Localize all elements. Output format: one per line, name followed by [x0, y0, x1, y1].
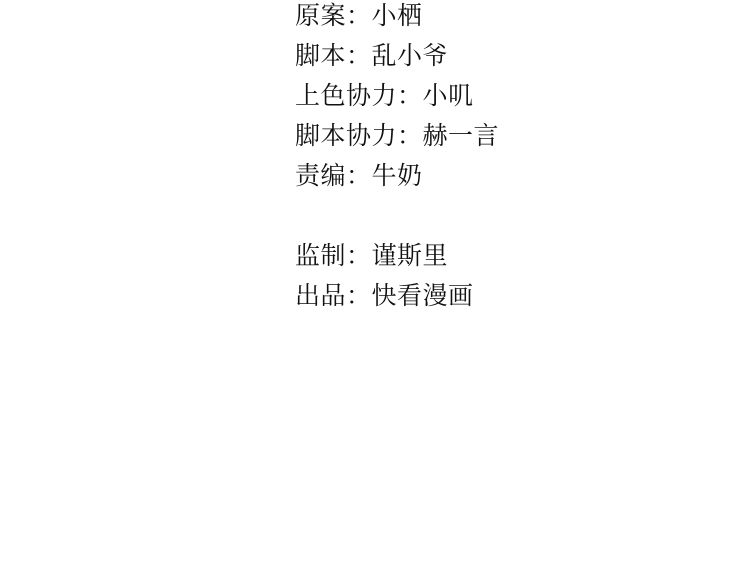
credit-line-script-assist: 脚本协力：赫一言 — [295, 116, 499, 156]
credit-line-supervisor: 监制：谨斯里 — [295, 236, 499, 276]
production-credits-group: 监制：谨斯里 出品：快看漫画 — [295, 236, 499, 316]
staff-credits-group: 原案：小栖 脚本：乱小爷 上色协力：小叽 脚本协力：赫一言 责编：牛奶 — [295, 0, 499, 196]
credit-line-script: 脚本：乱小爷 — [295, 36, 499, 76]
credit-line-editor: 责编：牛奶 — [295, 156, 499, 196]
credit-line-original-story: 原案：小栖 — [295, 0, 499, 36]
credits-block: 原案：小栖 脚本：乱小爷 上色协力：小叽 脚本协力：赫一言 责编：牛奶 监制：谨… — [295, 0, 499, 316]
credit-line-coloring-assist: 上色协力：小叽 — [295, 76, 499, 116]
credit-line-publisher: 出品：快看漫画 — [295, 276, 499, 316]
